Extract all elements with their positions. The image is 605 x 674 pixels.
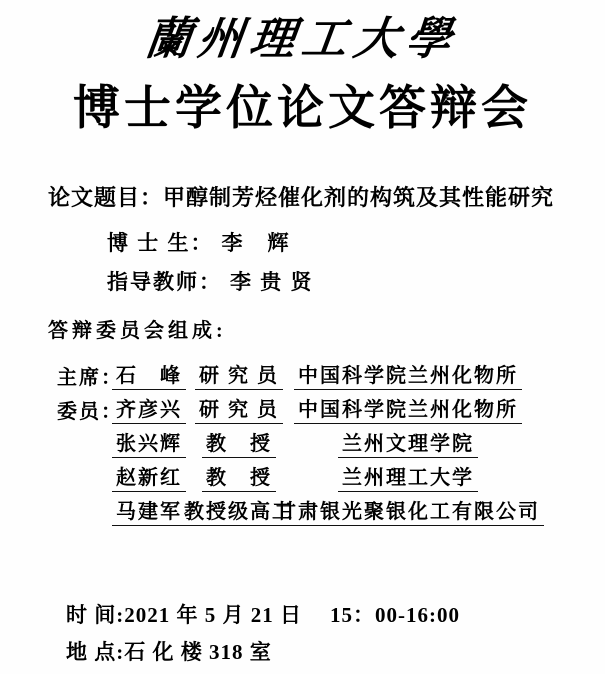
page-title: 博士学位论文答辩会 <box>0 71 605 138</box>
advisor-label: 指导教师： <box>107 270 222 294</box>
place-line: 地 点:石 化 楼 318 室 <box>66 636 272 666</box>
member-role: 委员： <box>57 395 103 424</box>
member-name: 马建军 <box>112 495 186 526</box>
member-role: 主席： <box>57 361 103 390</box>
member-affiliation: 甘肃银光聚银化工有限公司 <box>272 495 544 526</box>
committee-row: 马建军 教授级高工 甘肃银光聚银化工有限公司 <box>57 492 557 526</box>
member-affiliation: 兰州文理学院 <box>338 427 478 458</box>
member-affiliation: 兰州理工大学 <box>338 461 478 492</box>
advisor-name: 李 贵 贤 <box>230 270 314 294</box>
time-line: 时 间:2021 年 5 月 21 日15：00-16:00 <box>66 599 460 629</box>
place-label: 地 点: <box>66 640 124 664</box>
time-range: 15：00-16:00 <box>330 603 460 627</box>
time-date: 2021 年 5 月 21 日 <box>124 603 302 627</box>
member-name: 石 峰 <box>112 359 186 390</box>
committee-row: 张兴辉 教 授 兰州文理学院 <box>57 424 557 458</box>
member-name: 赵新红 <box>112 461 186 492</box>
thesis-title-line: 论文题目：甲醇制芳烃催化剂的构筑及其性能研究 <box>48 181 554 212</box>
committee-table: 主席： 石 峰 研 究 员 中国科学院兰州化物所 委员： 齐彦兴 研 究 员 中… <box>57 356 557 526</box>
committee-heading: 答辩委员会组成: <box>48 314 227 343</box>
member-name: 齐彦兴 <box>112 393 186 424</box>
thesis-title-label: 论文题目： <box>48 185 163 210</box>
member-title: 教 授 <box>202 427 276 458</box>
student-label: 博 士 生： <box>107 231 214 255</box>
thesis-title-value: 甲醇制芳烃催化剂的构筑及其性能研究 <box>163 185 554 210</box>
member-title: 研 究 员 <box>195 359 283 390</box>
place-value: 石 化 楼 318 室 <box>124 640 272 664</box>
committee-row: 赵新红 教 授 兰州理工大学 <box>57 458 557 492</box>
member-title: 研 究 员 <box>195 393 283 424</box>
student-name: 李 辉 <box>222 231 291 255</box>
member-title: 教 授 <box>202 461 276 492</box>
member-affiliation: 中国科学院兰州化物所 <box>294 359 522 390</box>
committee-row: 主席： 石 峰 研 究 员 中国科学院兰州化物所 <box>57 356 557 390</box>
student-line: 博 士 生：李 辉 <box>107 227 291 257</box>
member-name: 张兴辉 <box>112 427 186 458</box>
committee-row: 委员： 齐彦兴 研 究 员 中国科学院兰州化物所 <box>57 390 557 424</box>
university-calligraphy-logo: 蘭州理工大學 <box>0 2 605 67</box>
member-affiliation: 中国科学院兰州化物所 <box>294 393 522 424</box>
advisor-line: 指导教师：李 贵 贤 <box>107 266 314 296</box>
defense-announcement-document: 蘭州理工大學 博士学位论文答辩会 论文题目：甲醇制芳烃催化剂的构筑及其性能研究 … <box>0 0 605 674</box>
time-label: 时 间: <box>66 603 124 627</box>
